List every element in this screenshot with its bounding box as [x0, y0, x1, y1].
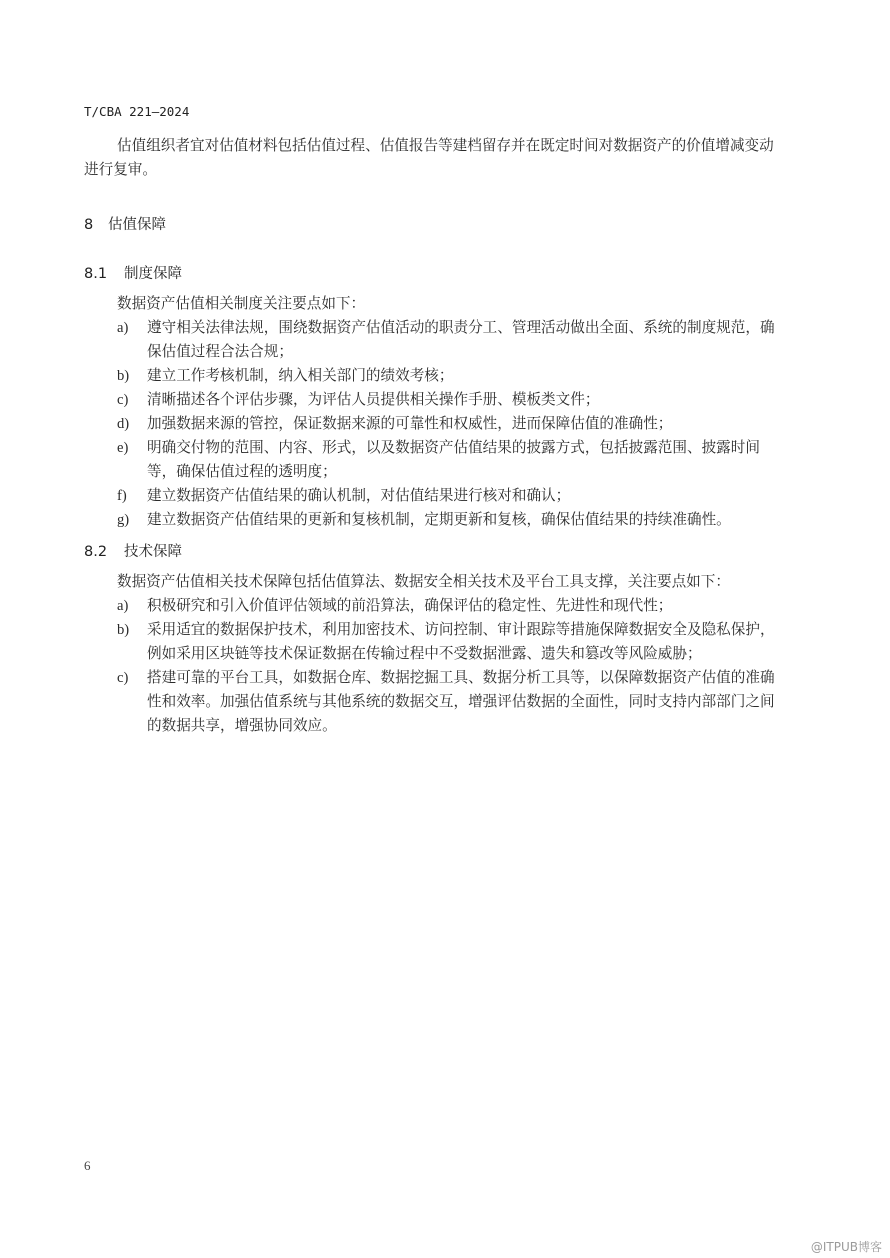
- page-number: 6: [84, 1158, 91, 1174]
- intro-paragraph: 估值组织者宜对估值材料包括估值过程、估值报告等建档留存并在既定时间对数据资产的价…: [84, 134, 788, 182]
- subsection-number: 8.2: [84, 544, 124, 560]
- list-item-text: 积极研究和引入价值评估领域的前沿算法，确保评估的稳定性、先进性和现代性；: [147, 597, 672, 614]
- list-item-text: 建立工作考核机制，纳入相关部门的绩效考核；: [147, 367, 453, 384]
- list-marker: c): [117, 666, 128, 690]
- watermark: @ITPUB博客: [811, 1238, 882, 1255]
- list-marker: e): [117, 436, 128, 460]
- document-page: T/CBA 221—2024 估值组织者宜对估值材料包括估值过程、估值报告等建档…: [0, 0, 890, 1258]
- list-marker: c): [117, 388, 128, 412]
- list-item-text: 采用适宜的数据保护技术，利用加密技术、访问控制、审计跟踪等措施保障数据安全及隐私…: [147, 621, 775, 662]
- subsection-8-1-lead: 数据资产估值相关制度关注要点如下：: [117, 292, 365, 316]
- subsection-8-2-lead: 数据资产估值相关技术保障包括估值算法、数据安全相关技术及平台工具支撑，关注要点如…: [117, 570, 730, 594]
- subsection-8-1-heading: 8.1制度保障: [84, 262, 182, 283]
- list-item-text: 明确交付物的范围、内容、形式，以及数据资产估值结果的披露方式，包括披露范围、披露…: [147, 439, 760, 480]
- subsection-title: 技术保障: [124, 544, 182, 560]
- list-item-text: 清晰描述各个评估步骤，为评估人员提供相关操作手册、模板类文件；: [147, 391, 599, 408]
- list-marker: b): [117, 364, 129, 388]
- list-item: d)加强数据来源的管控，保证数据来源的可靠性和权威性，进而保障估值的准确性；: [117, 412, 788, 436]
- list-marker: a): [117, 316, 128, 340]
- list-item: a)遵守相关法律法规，围绕数据资产估值活动的职责分工、管理活动做出全面、系统的制…: [117, 316, 788, 364]
- list-item: c)清晰描述各个评估步骤，为评估人员提供相关操作手册、模板类文件；: [117, 388, 788, 412]
- document-id-header: T/CBA 221—2024: [84, 104, 189, 119]
- list-item: e)明确交付物的范围、内容、形式，以及数据资产估值结果的披露方式，包括披露范围、…: [117, 436, 788, 484]
- list-item-text: 遵守相关法律法规，围绕数据资产估值活动的职责分工、管理活动做出全面、系统的制度规…: [147, 319, 775, 360]
- list-item: g)建立数据资产估值结果的更新和复核机制，定期更新和复核，确保估值结果的持续准确…: [117, 508, 788, 532]
- list-item: b)采用适宜的数据保护技术，利用加密技术、访问控制、审计跟踪等措施保障数据安全及…: [117, 618, 788, 666]
- subsection-8-1-list: a)遵守相关法律法规，围绕数据资产估值活动的职责分工、管理活动做出全面、系统的制…: [117, 316, 788, 532]
- list-item: c)搭建可靠的平台工具，如数据仓库、数据挖掘工具、数据分析工具等，以保障数据资产…: [117, 666, 788, 738]
- list-marker: a): [117, 594, 128, 618]
- subsection-title: 制度保障: [124, 266, 182, 282]
- list-item-text: 建立数据资产估值结果的确认机制，对估值结果进行核对和确认；: [147, 487, 570, 504]
- list-marker: b): [117, 618, 129, 642]
- list-item-text: 建立数据资产估值结果的更新和复核机制，定期更新和复核，确保估值结果的持续准确性。: [147, 511, 731, 528]
- subsection-8-2-heading: 8.2技术保障: [84, 540, 182, 561]
- list-item: a)积极研究和引入价值评估领域的前沿算法，确保评估的稳定性、先进性和现代性；: [117, 594, 788, 618]
- list-marker: f): [117, 484, 127, 508]
- list-item-text: 加强数据来源的管控，保证数据来源的可靠性和权威性，进而保障估值的准确性；: [147, 415, 672, 432]
- list-item: f)建立数据资产估值结果的确认机制，对估值结果进行核对和确认；: [117, 484, 788, 508]
- list-marker: d): [117, 412, 129, 436]
- section-title: 估值保障: [108, 217, 166, 233]
- list-item: b)建立工作考核机制，纳入相关部门的绩效考核；: [117, 364, 788, 388]
- section-number: 8: [84, 217, 108, 233]
- list-item-text: 搭建可靠的平台工具，如数据仓库、数据挖掘工具、数据分析工具等，以保障数据资产估值…: [147, 669, 775, 734]
- subsection-number: 8.1: [84, 266, 124, 282]
- subsection-8-2-list: a)积极研究和引入价值评估领域的前沿算法，确保评估的稳定性、先进性和现代性； b…: [117, 594, 788, 738]
- list-marker: g): [117, 508, 129, 532]
- section-8-heading: 8估值保障: [84, 213, 166, 234]
